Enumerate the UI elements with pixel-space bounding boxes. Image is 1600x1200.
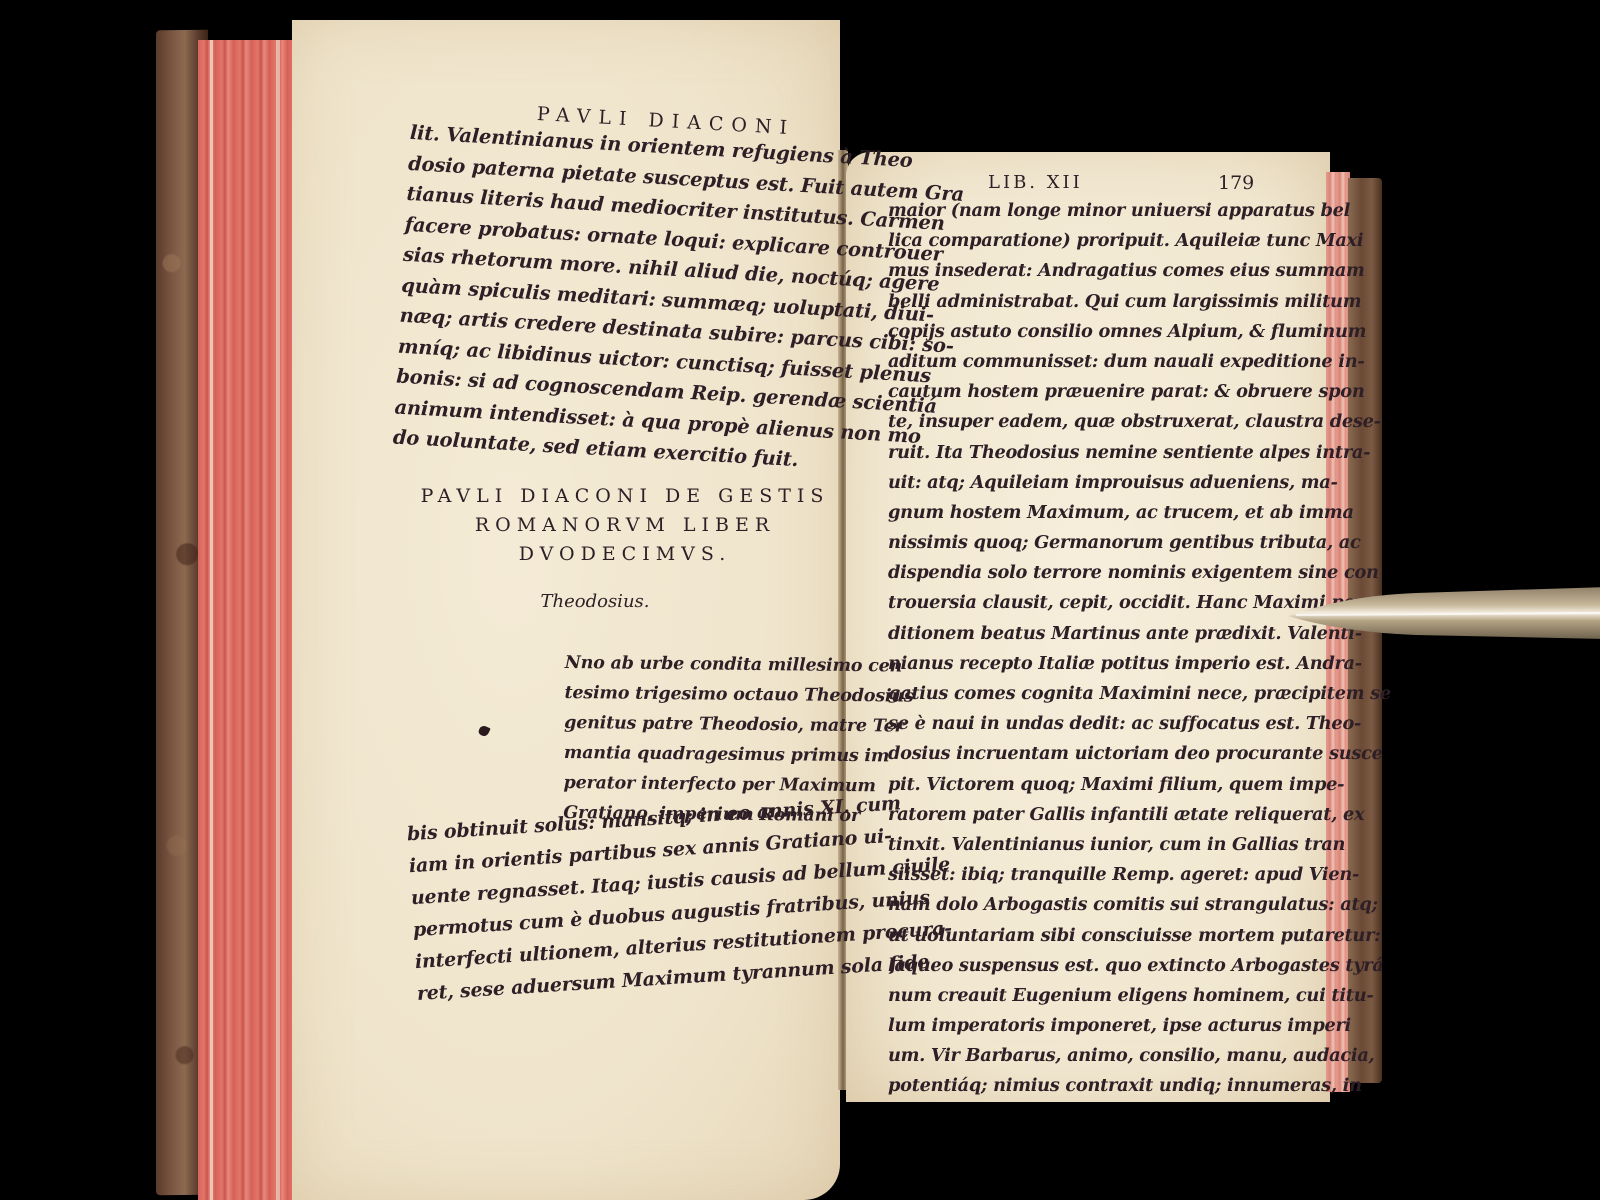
chapter-subheading: Theodosius. bbox=[420, 591, 830, 612]
text-line: trouersia clausit, cepit, occidit. Hanc … bbox=[888, 588, 1268, 618]
text-line: ratorem pater Gallis infantili ætate rel… bbox=[888, 800, 1268, 830]
text-line: cautum hostem præuenire parat: & obruere… bbox=[888, 377, 1268, 407]
text-line: uit: atq; Aquileiam improuisus adueniens… bbox=[888, 468, 1268, 498]
heading-line-2: ROMANORVM LIBER bbox=[420, 511, 830, 540]
text-line: mantia quadragesimus primus im bbox=[564, 738, 834, 771]
text-line: nissimis quoq; Germanorum gentibus tribu… bbox=[888, 528, 1268, 558]
text-line: um. Vir Barbarus, animo, consilio, manu,… bbox=[888, 1041, 1268, 1071]
text-line: num creauit Eugenium eligens hominem, cu… bbox=[888, 981, 1268, 1011]
text-line: gatius comes cognita Maximini nece, præc… bbox=[888, 679, 1268, 709]
text-line: dosius incruentam uictoriam deo procuran… bbox=[888, 739, 1268, 769]
text-line: aditum communisset: dum nauali expeditio… bbox=[888, 347, 1268, 377]
text-line: nam dolo Arbogastis comitis sui strangul… bbox=[888, 890, 1268, 920]
text-line: nianus recepto Italiæ potitus imperio es… bbox=[888, 649, 1268, 679]
text-line: lum imperatoris imponeret, ipse acturus … bbox=[888, 1011, 1268, 1041]
text-line: tinxit. Valentinianus iunior, cum in Gal… bbox=[888, 830, 1268, 860]
text-line: mus insederat: Andragatius comes eius su… bbox=[888, 256, 1268, 286]
text-line: siisset: ibiq; tranquille Remp. ageret: … bbox=[888, 860, 1268, 890]
right-page-text: LIB. XII 179 maior (nam longe minor uniu… bbox=[888, 172, 1268, 1102]
book-photograph: PAVLI DIACONI lit. Valentinianus in orie… bbox=[0, 0, 1600, 1200]
right-running-head: LIB. XII 179 bbox=[888, 172, 1268, 196]
text-line: genitus patre Theodosio, matre Ter bbox=[564, 708, 834, 741]
text-line: copijs astuto consilio omnes Alpium, & f… bbox=[888, 317, 1268, 347]
continued-paragraph: bis obtinuit solus: mansitq; in eo annis… bbox=[406, 792, 837, 1010]
left-red-page-edges bbox=[198, 40, 298, 1200]
text-line: lica comparatione) proripuit. Aquileiæ t… bbox=[888, 226, 1268, 256]
heading-line-1: PAVLI DIACONI DE GESTIS bbox=[420, 482, 830, 511]
text-line: maior (nam longe minor uniuersi apparatu… bbox=[888, 196, 1268, 226]
heading-line-3: DVODECIMVS. bbox=[420, 540, 830, 569]
text-line: ruit. Ita Theodosius nemine sentiente al… bbox=[888, 438, 1268, 468]
book-heading: PAVLI DIACONI DE GESTIS ROMANORVM LIBER … bbox=[420, 482, 830, 612]
left-page-text: PAVLI DIACONI lit. Valentinianus in orie… bbox=[392, 96, 831, 476]
text-line: laqueo suspensus est. quo extincto Arbog… bbox=[888, 951, 1268, 981]
text-line: ditionem beatus Martinus ante prædixit. … bbox=[888, 619, 1268, 649]
text-line: se è naui in undas dedit: ac suffocatus … bbox=[888, 709, 1268, 739]
text-line: Nno ab urbe condita millesimo cen bbox=[565, 648, 835, 681]
running-head-title: LIB. XII bbox=[988, 172, 1083, 193]
text-line: pit. Victorem quoq; Maximi filium, quem … bbox=[888, 770, 1268, 800]
text-line: tesimo trigesimo octauo Theodosius bbox=[564, 678, 834, 711]
text-line: potentiáq; nimius contraxit undiq; innum… bbox=[888, 1071, 1268, 1101]
metal-pointer-icon bbox=[1286, 583, 1600, 643]
text-line: gnum hostem Maximum, ac trucem, et ab im… bbox=[888, 498, 1268, 528]
text-line: belli administrabat. Qui cum largissimis… bbox=[888, 287, 1268, 317]
text-line: ut uoluntariam sibi consciuisse mortem p… bbox=[888, 921, 1268, 951]
text-line: te, insuper eadem, quæ obstruxerat, clau… bbox=[888, 407, 1268, 437]
text-line: dispendia solo terrore nominis exigentem… bbox=[888, 558, 1268, 588]
page-number: 179 bbox=[1218, 172, 1254, 194]
